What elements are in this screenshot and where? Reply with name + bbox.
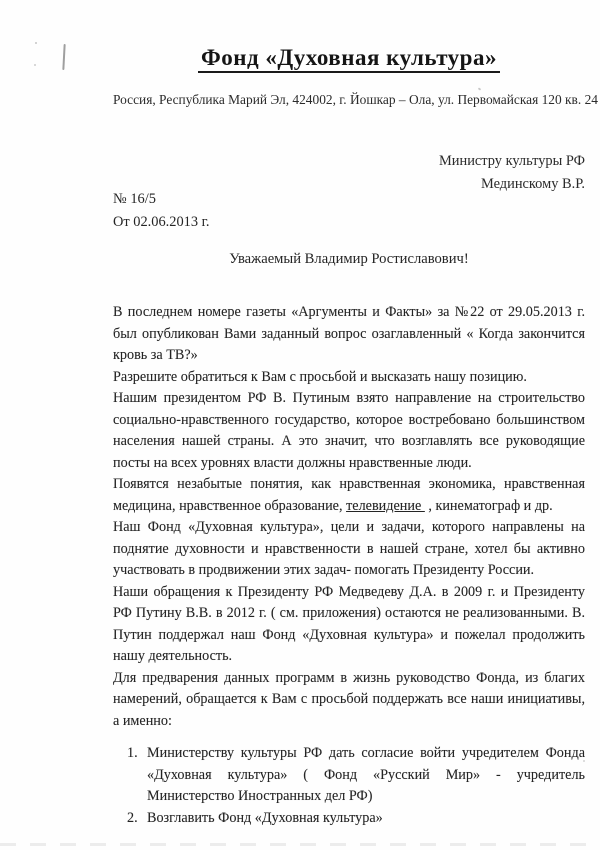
org-title-text: Фонд «Духовная культура» (198, 45, 500, 73)
paragraph: Нашим президентом РФ В. Путиным взято на… (113, 388, 585, 474)
scan-speck (34, 64, 36, 66)
paragraph: Разрешите обратиться к Вам с просьбой и … (113, 367, 585, 389)
list-item-text: Возглавить Фонд «Духовная культура» (147, 810, 383, 826)
list-item-number: 2. (127, 808, 138, 830)
org-title: Фонд «Духовная культура» (113, 45, 585, 71)
paragraph: Наши обращения к Президенту РФ Медведеву… (113, 582, 585, 668)
list-item: 1. Министерству культуры РФ дать согласи… (113, 743, 585, 808)
salutation: Уважаемый Владимир Ростиславович! (113, 251, 585, 268)
paragraph: Появятся незабытые понятия, как нравстве… (113, 474, 585, 517)
scanned-letter-page: Фонд «Духовная культура» Россия, Республ… (0, 0, 600, 850)
numbered-list: 1. Министерству культуры РФ дать согласи… (113, 743, 585, 829)
ref-date: От 02.06.2013 г. (113, 211, 585, 234)
paragraph-text: , кинематограф и др. (425, 498, 553, 514)
paragraph: Для предварения данных программ в жизнь … (113, 668, 585, 733)
list-item: 2. Возглавить Фонд «Духовная культура» (113, 808, 585, 830)
list-item-number: 1. (127, 743, 138, 765)
letter-body: В последнем номере газеты «Аргументы и Ф… (113, 302, 585, 829)
paragraph: В последнем номере газеты «Аргументы и Ф… (113, 302, 585, 367)
org-address: Россия, Республика Марий Эл, 424002, г. … (113, 92, 585, 108)
underlined-word: телевидение (346, 498, 425, 514)
paragraph: Наш Фонд «Духовная культура», цели и зад… (113, 517, 585, 582)
ref-block: № 16/5 От 02.06.2013 г. (113, 188, 585, 233)
pen-mark-artifact (62, 44, 65, 70)
ref-number: № 16/5 (113, 188, 585, 211)
scan-speck (478, 87, 482, 90)
list-item-text: Министерству культуры РФ дать согласие в… (147, 745, 585, 804)
scan-speck (35, 42, 37, 44)
scan-edge-artifact (0, 843, 600, 846)
recipient-line: Министру культуры РФ (113, 150, 585, 173)
